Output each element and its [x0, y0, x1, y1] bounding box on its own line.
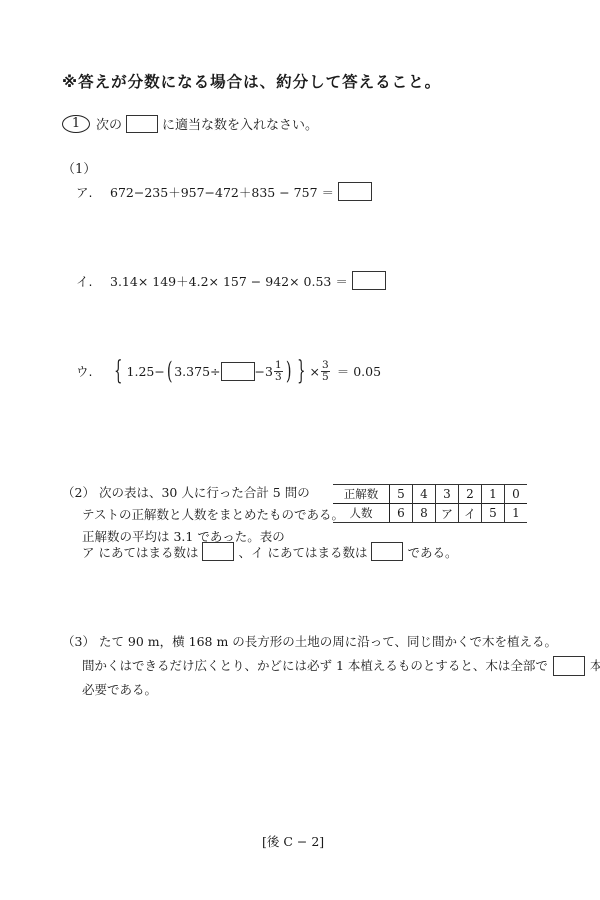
instruction-before: 次の: [96, 114, 122, 133]
table-header: 人数: [333, 504, 390, 523]
part2-answer-line: ア にあてはまる数は 、イ にあてはまる数は である。: [82, 542, 457, 561]
part3-line3: 必要である。: [62, 678, 600, 702]
part2-line4-c: である。: [407, 543, 457, 561]
table-row-correct: 正解数 5 4 3 2 1 0: [333, 485, 527, 504]
answer-box-i-table[interactable]: [371, 542, 403, 561]
table-cell: 5: [482, 504, 505, 523]
open-paren: (: [167, 359, 173, 383]
part3-text: （3） たて 90 m，横 168 m の長方形の土地の周に沿って、同じ間かくで…: [62, 630, 600, 702]
question-number-badge: 1: [62, 115, 90, 133]
expr-part-b: 3.375÷: [174, 364, 220, 379]
fraction-numerator: 3: [321, 360, 330, 372]
fraction-denominator: 5: [322, 372, 329, 383]
part1-label: （1）: [62, 158, 96, 177]
expr-part-a: 1.25−: [127, 364, 165, 379]
table-cell: ア: [436, 504, 459, 523]
table-cell: 5: [390, 485, 413, 504]
table-cell: 0: [505, 485, 528, 504]
close-brace: }: [297, 358, 305, 384]
problem-a-label: ア.: [76, 183, 110, 201]
times-sign: ×: [310, 364, 320, 379]
part2-line1: 次の表は、30 人に行った合計 5 問の: [99, 485, 310, 500]
table-cell: 3: [436, 485, 459, 504]
part2-line4-a: ア にあてはまる数は: [82, 543, 198, 561]
part2-label: （2）: [62, 485, 95, 500]
answer-box-u[interactable]: [221, 362, 255, 381]
table-cell: 2: [459, 485, 482, 504]
expr-part-c: −3: [255, 364, 273, 379]
page-footer: [後 C − 2]: [262, 832, 324, 850]
problem-u-label: ウ.: [76, 362, 110, 380]
mixed-fraction-numerator: 1: [274, 360, 283, 372]
problem-i-label: イ.: [76, 272, 110, 290]
table-cell: イ: [459, 504, 482, 523]
part3-line1: たて 90 m，横 168 m の長方形の土地の周に沿って、同じ間かくで木を植え…: [99, 634, 557, 649]
part3-line2-a: 間かくはできるだけ広くとり、かどには必ず 1 本植えるものとすると、木は全部で: [82, 654, 548, 678]
problem-i: イ. 3.14× 149＋4.2× 157 − 942× 0.53 ＝: [76, 271, 386, 290]
mixed-fraction: 1 3: [274, 360, 283, 383]
part3-line2-b: 本: [590, 654, 600, 678]
instruction-after: に適当な数を入れなさい。: [162, 114, 318, 133]
expr-result: ＝ 0.05: [337, 362, 381, 380]
notice-heading: ※答えが分数になる場合は、約分して答えること。: [62, 70, 441, 92]
score-table: 正解数 5 4 3 2 1 0 人数 6 8 ア イ 5 1: [333, 484, 527, 523]
table-cell: 6: [390, 504, 413, 523]
answer-box-i[interactable]: [352, 271, 386, 290]
problem-i-expression: 3.14× 149＋4.2× 157 − 942× 0.53 ＝: [110, 272, 348, 290]
table-cell: 8: [413, 504, 436, 523]
table-cell: 4: [413, 485, 436, 504]
mixed-fraction-denominator: 3: [275, 372, 282, 383]
part2-line2: テストの正解数と人数をまとめたものである。: [62, 504, 344, 526]
problem-u: ウ. { 1.25− ( 3.375÷ −3 1 3 ) } × 3 5 ＝ 0…: [76, 358, 381, 384]
problem-a: ア. 672−235＋957−472＋835 − 757 ＝: [76, 182, 372, 201]
table-cell: 1: [505, 504, 528, 523]
part2-line4-b: 、イ にあてはまる数は: [238, 543, 367, 561]
problem-a-expression: 672−235＋957−472＋835 − 757 ＝: [110, 183, 334, 201]
answer-box-a-table[interactable]: [202, 542, 234, 561]
answer-box-trees[interactable]: [553, 656, 585, 676]
table-cell: 1: [482, 485, 505, 504]
answer-box-a[interactable]: [338, 182, 372, 201]
table-row-people: 人数 6 8 ア イ 5 1: [333, 504, 527, 523]
fraction: 3 5: [321, 360, 330, 383]
question1-instruction: 1 次の に適当な数を入れなさい。: [62, 114, 318, 133]
part3-label: （3）: [62, 634, 95, 649]
table-header: 正解数: [333, 485, 390, 504]
open-brace: {: [114, 358, 122, 384]
part2-text: （2） 次の表は、30 人に行った合計 5 問の テストの正解数と人数をまとめた…: [62, 482, 344, 548]
answer-box-example: [126, 115, 158, 133]
close-paren: ): [286, 359, 292, 383]
